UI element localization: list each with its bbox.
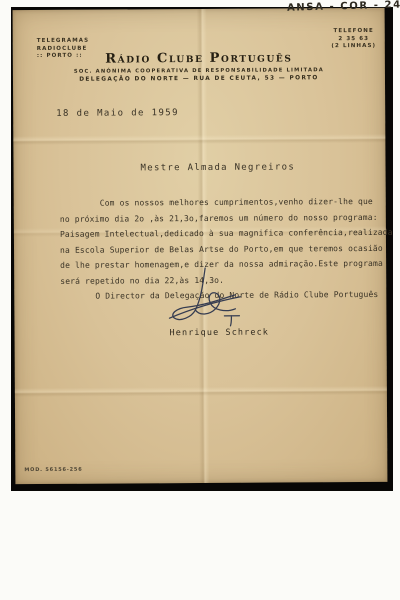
letterhead-title: Rádio Clube Português (13, 50, 385, 67)
scanned-letter-page: { "annotation": "ANSA - COR - 249", "let… (0, 0, 400, 600)
letterhead-subtitle-address: DELEGAÇÃO DO NORTE — RUA DE CEUTA, 53 — … (13, 75, 385, 83)
letter-recipient: Mestre Almada Negreiros (140, 162, 295, 173)
scanner-backing: TELEGRAMAS RADIOCLUBE :: PORTO :: TELEFO… (11, 7, 393, 491)
body-line: Com os nossos melhores cumprimentos,venh… (60, 194, 376, 211)
letterhead-subtitle-company: SOC. ANÓNIMA COOPERATIVA DE RESPONSABILI… (13, 67, 385, 75)
horizontal-fold-crease (15, 386, 387, 397)
letter-paper: TELEGRAMAS RADIOCLUBE :: PORTO :: TELEFO… (13, 8, 388, 484)
telegrams-line: TELEGRAMAS (37, 38, 90, 46)
form-number: MOD. 56156-256 (24, 467, 82, 473)
telephone-block: TELEFONE 2 35 63 (2 LINHAS) (323, 28, 385, 51)
horizontal-fold-crease (13, 134, 385, 145)
letter-date: 18 de Maio de 1959 (56, 108, 179, 119)
handwritten-signature (154, 265, 254, 336)
body-line: Paisagem Intelectual,dedicado à sua magn… (60, 225, 376, 242)
